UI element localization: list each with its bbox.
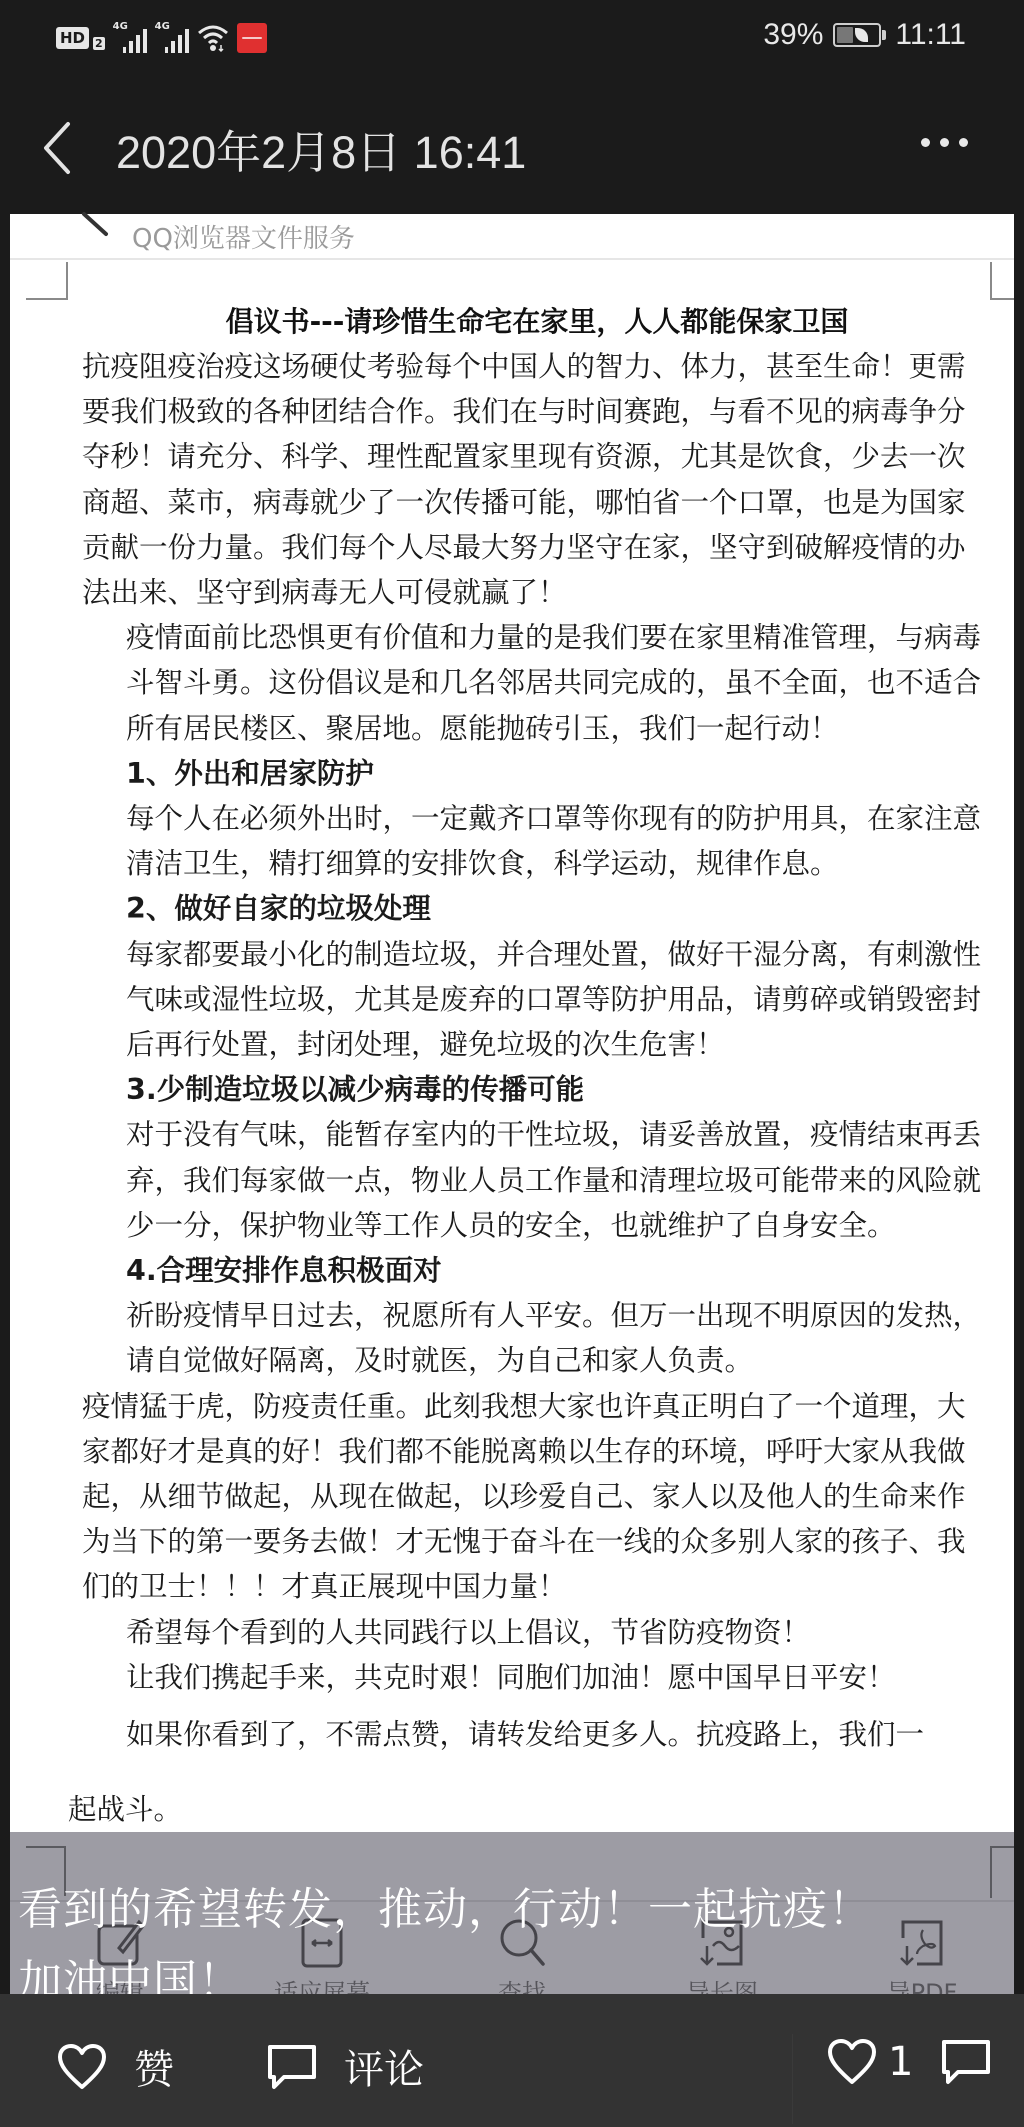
back-button[interactable] xyxy=(38,118,78,178)
page-corner-mark xyxy=(990,262,1014,300)
heart-icon xyxy=(56,2043,108,2091)
heart-icon xyxy=(826,2038,878,2086)
battery-percent: 39% xyxy=(763,18,823,52)
export-pdf-button[interactable]: 导PDF xyxy=(852,1916,992,2000)
document-source-bar: QQ浏览器文件服务 xyxy=(10,214,1014,260)
more-horizontal-icon xyxy=(921,138,930,147)
network-type-label: 4G xyxy=(113,21,128,32)
signal-4g-icon: 4G xyxy=(113,23,147,53)
document-body: 抗疫阻疫治疫这场硬仗考验每个中国人的智力、体力，甚至生命！更需要我们极致的各种团… xyxy=(68,344,988,1833)
network-type-label: 4G xyxy=(155,21,170,32)
fit-screen-icon xyxy=(295,1916,349,1970)
like-label: 赞 xyxy=(134,2038,174,2095)
find-button[interactable]: 查找 xyxy=(452,1916,592,2000)
clock: 11:11 xyxy=(895,18,966,52)
paragraph: 每个人在必须外出时，一定戴齐口罩等你现有的防护用具，在家注意清洁卫生，精打细算的… xyxy=(68,796,988,886)
document-toolbar: 编辑 适应屏幕 查找 导长图 导PDF 看到的希望转发，推动，行 xyxy=(10,1832,1014,1994)
more-options-button[interactable] xyxy=(921,138,968,147)
export-long-image-icon xyxy=(695,1916,749,1970)
status-bar: HD 2 4G 4G 39% 11:11 xyxy=(0,0,1024,78)
bottom-action-bar: 赞 评论 1 xyxy=(0,1994,1024,2127)
paragraph: 如果你看到了，不需点赞，请转发给更多人。抗疫路上，我们一 xyxy=(68,1712,988,1757)
paragraph: 每家都要最小化的制造垃圾，并合理处置，做好干湿分离，有刺激性气味或湿性垃圾，尤其… xyxy=(68,932,988,1068)
app-header: 2020年2月8日 16:41 xyxy=(0,78,1024,213)
section-heading: 3.少制造垃圾以减少病毒的传播可能 xyxy=(68,1067,988,1112)
comment-label: 评论 xyxy=(344,2038,424,2095)
status-icons-right: 39% 11:11 xyxy=(763,18,966,52)
paragraph: 抗疫阻疫治疫这场硬仗考验每个中国人的智力、体力，甚至生命！更需要我们极致的各种团… xyxy=(68,344,988,615)
like-count-button[interactable]: 1 xyxy=(826,2038,913,2086)
paragraph: 希望每个看到的人共同践行以上倡议，节省防疫物资！ xyxy=(68,1610,988,1655)
paragraph: 让我们携起手来，共克时艰！同胞们加油！愿中国早日平安！ xyxy=(68,1655,988,1700)
battery-saver-icon xyxy=(833,23,881,47)
document-source-label: QQ浏览器文件服务 xyxy=(132,218,355,255)
red-app-notification-icon xyxy=(237,23,267,53)
export-pdf-icon xyxy=(895,1916,949,1970)
search-icon xyxy=(495,1916,549,1970)
section-heading: 1、外出和居家防护 xyxy=(68,751,988,796)
document-back-icon[interactable] xyxy=(80,208,110,238)
document-viewer[interactable]: QQ浏览器文件服务 倡议书---请珍惜生命宅在家里，人人都能保家卫国 抗疫阻疫治… xyxy=(10,214,1014,1832)
paragraph: 起战斗。 xyxy=(68,1787,988,1832)
section-heading: 4.合理安排作息积极面对 xyxy=(68,1248,988,1293)
like-count: 1 xyxy=(888,2039,913,2085)
paragraph: 祈盼疫情早日过去，祝愿所有人平安。但万一出现不明原因的发热，请自觉做好隔离，及时… xyxy=(68,1293,988,1383)
like-button[interactable]: 赞 xyxy=(56,2038,174,2095)
page-corner-mark xyxy=(990,1846,1014,1898)
comment-icon xyxy=(940,2038,992,2086)
page-title: 2020年2月8日 16:41 xyxy=(116,116,526,181)
divider xyxy=(792,2034,793,2124)
paragraph: 疫情面前比恐惧更有价值和力量的是我们要在家里精准管理，与病毒斗智斗勇。这份倡议是… xyxy=(68,615,988,751)
wifi-icon xyxy=(197,23,229,53)
signal-4g-icon: 4G xyxy=(155,23,189,53)
comment-icon xyxy=(266,2043,318,2091)
chevron-left-icon xyxy=(38,118,78,178)
edit-icon xyxy=(93,1916,147,1970)
export-long-image-button[interactable]: 导长图 xyxy=(652,1916,792,2000)
hd-voice-icon: HD xyxy=(56,27,89,49)
comment-button[interactable]: 评论 xyxy=(266,2038,424,2095)
comment-count-button[interactable] xyxy=(940,2038,992,2086)
hd-sim-index: 2 xyxy=(93,37,105,50)
paragraph: 对于没有气味，能暂存室内的干性垃圾，请妥善放置，疫情结束再丢弃，我们每家做一点，… xyxy=(68,1112,988,1248)
section-heading: 2、做好自家的垃圾处理 xyxy=(68,886,988,931)
page-corner-mark xyxy=(26,1846,66,1896)
paragraph: 疫情猛于虎，防疫责任重。此刻我想大家也许真正明白了一个道理，大家都好才是真的好！… xyxy=(68,1384,988,1610)
status-icons-left: HD 2 4G 4G xyxy=(56,20,267,56)
page-corner-mark xyxy=(26,262,68,300)
fit-screen-button[interactable]: 适应屏幕 xyxy=(252,1916,392,2000)
document-title: 倡议书---请珍惜生命宅在家里，人人都能保家卫国 xyxy=(10,300,1014,340)
toolbar-divider xyxy=(10,1900,1014,1902)
edit-button[interactable]: 编辑 xyxy=(50,1916,190,2000)
